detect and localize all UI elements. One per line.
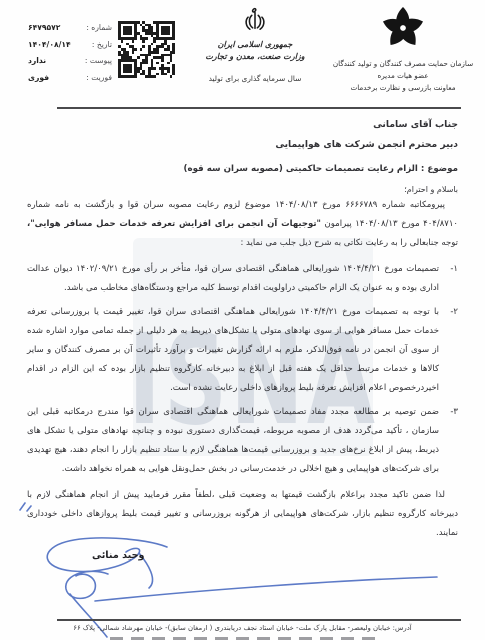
field-urgency-label: فوریت : (86, 72, 112, 83)
list-item-3: ۳- ضمن توصیه بر مطالعه مجدد مفاد تصمیمات… (27, 403, 458, 479)
item-3-text: ضمن توصیه بر مطالعه مجدد مفاد تصمیمات شو… (27, 403, 439, 479)
org-board: عضو هیات مدیره (323, 70, 483, 82)
letter-body: جناب آقای سامانی دبیر محترم انجمن شرکت ه… (27, 113, 458, 543)
item-1-text: تصمیمات مورخ ۱۴۰۴/۴/۲۱ شورایعالی هماهنگی… (27, 260, 439, 298)
field-number-value: ۶۴۷۹۵۷۲ (28, 22, 60, 33)
header-fields: شماره : ۶۴۷۹۵۷۲ تاریخ : ۱۴۰۴/۰۸/۱۴ پیوست… (28, 22, 112, 88)
intro-paragraph: پیرومکاتبه شماره ۶۶۶۶۷۸۹ مورخ ۱۴۰۴/۰۸/۱۳… (27, 196, 458, 253)
footer-divider (57, 619, 461, 621)
subject-line: موضوع : الزام رعایت تصمیمات حاکمیتی (مصو… (27, 164, 458, 174)
list-item-2: ۲- با توجه به تصمیمات مورخ ۱۴۰۴/۴/۲۱ شور… (27, 303, 458, 398)
field-urgency: فوریت : فوری (28, 72, 112, 83)
republic-title: جمهوری اسلامی ایران (178, 39, 332, 51)
signatory-name: وحید منائی (92, 550, 144, 561)
org-name: سازمان حمایت مصرف کنندگان و تولید کنندگا… (323, 58, 483, 70)
field-date-value: ۱۴۰۴/۰۸/۱۴ (28, 39, 71, 50)
salutation: باسلام و احترام؛ (27, 185, 458, 194)
qr-code (118, 21, 175, 78)
item-2-number: ۲- (444, 303, 458, 398)
numbered-list: ۱- تصمیمات مورخ ۱۴۰۴/۴/۲۱ شورایعالی هماه… (27, 260, 458, 479)
header-org: سازمان حمایت مصرف کنندگان و تولید کنندگا… (323, 6, 483, 94)
list-item-1: ۱- تصمیمات مورخ ۱۴۰۴/۴/۲۱ شورایعالی هماه… (27, 260, 458, 298)
item-2-text: با توجه به تصمیمات مورخ ۱۴۰۴/۴/۲۱ شورایع… (27, 303, 439, 398)
field-date-label: تاریخ : (92, 39, 112, 50)
field-urgency-value: فوری (28, 72, 49, 83)
field-attachment-value: ندارد (28, 55, 46, 66)
field-date: تاریخ : ۱۴۰۴/۰۸/۱۴ (28, 39, 112, 50)
header-divider (57, 107, 461, 109)
letter-page: ISNA شماره : ۶۴۷۹۵۷۲ تاریخ : ۱۴۰۴/۰۸/۱۴ … (0, 0, 485, 640)
org-star-logo-icon (381, 35, 425, 54)
intro-post: توجه جنابعالی را به رعایت نکاتی به شرح ذ… (240, 238, 458, 248)
iran-emblem-icon (243, 6, 267, 38)
field-attachment-label: پیوست : (85, 55, 112, 66)
item-1-number: ۱- (444, 260, 458, 298)
field-number-label: شماره : (86, 22, 112, 33)
field-attachment: پیوست : ندارد (28, 55, 112, 66)
field-number: شماره : ۶۴۷۹۵۷۲ (28, 22, 112, 33)
item-3-number: ۳- (444, 403, 458, 479)
ministry-title: وزارت صنعت، معدن و تجارت (178, 51, 332, 63)
header-center: جمهوری اسلامی ایران وزارت صنعت، معدن و ت… (178, 6, 332, 83)
intro-quoted-bold: "توجیهات آن انجمن برای افزایش تعرفه خدما… (27, 219, 321, 229)
recipient-name: جناب آقای سامانی (27, 119, 458, 131)
recipient-title: دبیر محترم انجمن شرکت های هواپیمایی (27, 139, 458, 151)
org-deputy: معاونت بازرسی و نظارت برخدمات (323, 82, 483, 94)
year-slogan: سال سرمایه گذاری برای تولید (178, 74, 332, 83)
footer-address: آدرس: خیابان ولیعصر- مقابل پارک ملت- خیا… (0, 624, 485, 632)
